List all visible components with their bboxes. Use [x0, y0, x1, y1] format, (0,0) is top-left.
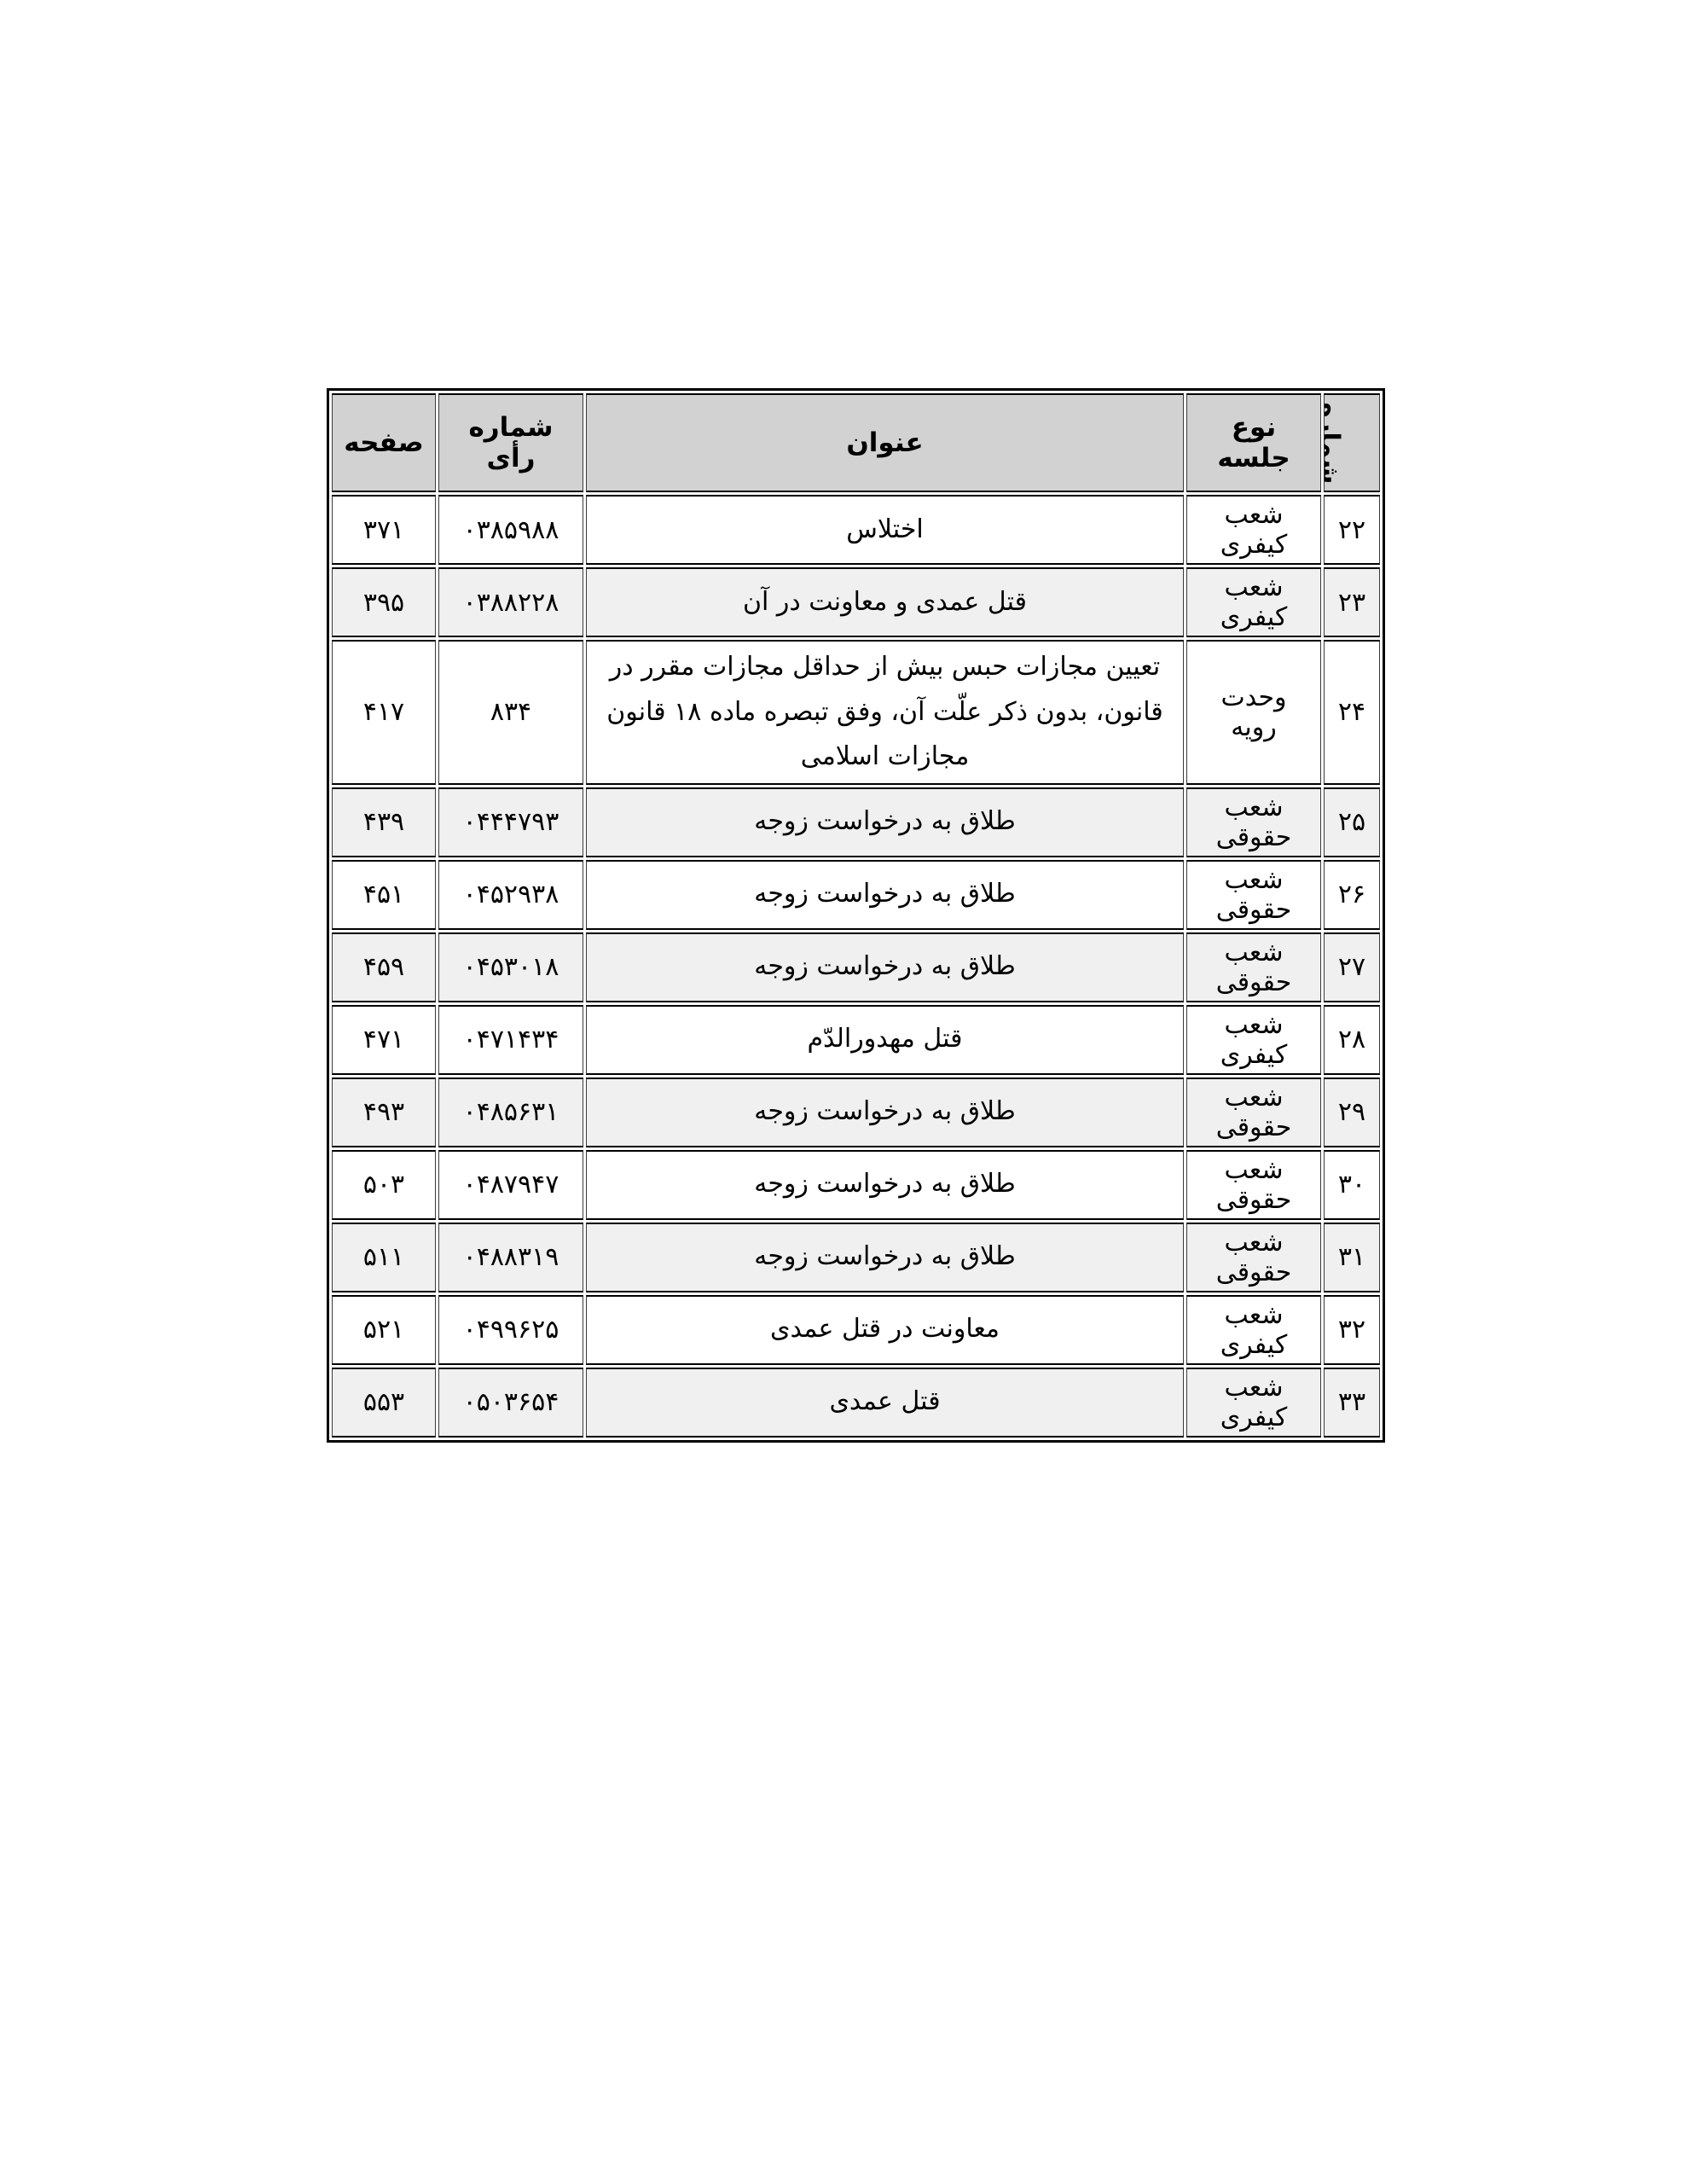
- cell-title: قتل عمدی و معاونت در آن: [586, 567, 1184, 637]
- table-row: ۲۳ شعب کیفری قتل عمدی و معاونت در آن ۰۳۸…: [332, 567, 1380, 637]
- cell-title: معاونت در قتل عمدی: [586, 1295, 1184, 1365]
- cell-verdict-number: ۰۳۸۵۹۸۸: [438, 495, 583, 565]
- verdicts-index-table-container: شماره نوع جلسه عنوان شماره رأی صفحه ۲۲ ش…: [327, 388, 1375, 1443]
- cell-page: ۳۹۵: [332, 567, 436, 637]
- cell-number: ۲۶: [1324, 860, 1380, 930]
- cell-number: ۲۸: [1324, 1005, 1380, 1075]
- table-row: ۲۴ وحدت رویه تعیین مجازات حبس بیش از حدا…: [332, 640, 1380, 785]
- cell-session-type: شعب حقوقی: [1186, 787, 1321, 857]
- cell-title: طلاق به درخواست زوجه: [586, 932, 1184, 1002]
- cell-page: ۵۱۱: [332, 1223, 436, 1292]
- table-row: ۳۳ شعب کیفری قتل عمدی ۰۵۰۳۶۵۴ ۵۵۳: [332, 1368, 1380, 1438]
- header-session-type: نوع جلسه: [1186, 393, 1321, 492]
- header-verdict-number: شماره رأی: [438, 393, 583, 492]
- cell-page: ۴۵۹: [332, 932, 436, 1002]
- cell-verdict-number: ۰۴۴۴۷۹۳: [438, 787, 583, 857]
- cell-page: ۴۷۱: [332, 1005, 436, 1075]
- cell-session-type: شعب حقوقی: [1186, 1077, 1321, 1147]
- cell-number: ۲۲: [1324, 495, 1380, 565]
- cell-session-type: شعب حقوقی: [1186, 860, 1321, 930]
- cell-number: ۲۴: [1324, 640, 1380, 785]
- cell-title: طلاق به درخواست زوجه: [586, 1223, 1184, 1292]
- cell-page: ۳۷۱: [332, 495, 436, 565]
- cell-session-type: شعب حقوقی: [1186, 1223, 1321, 1292]
- table-row: ۳۰ شعب حقوقی طلاق به درخواست زوجه ۰۴۸۷۹۴…: [332, 1150, 1380, 1220]
- cell-title: قتل مهدورالدّم: [586, 1005, 1184, 1075]
- verdicts-index-table: شماره نوع جلسه عنوان شماره رأی صفحه ۲۲ ش…: [327, 388, 1385, 1443]
- cell-page: ۵۰۳: [332, 1150, 436, 1220]
- table-row: ۳۲ شعب کیفری معاونت در قتل عمدی ۰۴۹۹۶۲۵ …: [332, 1295, 1380, 1365]
- cell-title: طلاق به درخواست زوجه: [586, 860, 1184, 930]
- cell-verdict-number: ۰۴۷۱۴۳۴: [438, 1005, 583, 1075]
- cell-number: ۳۳: [1324, 1368, 1380, 1438]
- cell-session-type: شعب حقوقی: [1186, 1150, 1321, 1220]
- header-number-label: شماره: [1324, 403, 1345, 485]
- table-row: ۲۸ شعب کیفری قتل مهدورالدّم ۰۴۷۱۴۳۴ ۴۷۱: [332, 1005, 1380, 1075]
- header-page: صفحه: [332, 393, 436, 492]
- table-header-row: شماره نوع جلسه عنوان شماره رأی صفحه: [332, 393, 1380, 492]
- cell-number: ۳۱: [1324, 1223, 1380, 1292]
- cell-page: ۴۳۹: [332, 787, 436, 857]
- table-row: ۳۱ شعب حقوقی طلاق به درخواست زوجه ۰۴۸۸۳۱…: [332, 1223, 1380, 1292]
- cell-number: ۲۹: [1324, 1077, 1380, 1147]
- cell-verdict-number: ۰۴۸۷۹۴۷: [438, 1150, 583, 1220]
- cell-session-type: شعب کیفری: [1186, 567, 1321, 637]
- cell-session-type: شعب کیفری: [1186, 1368, 1321, 1438]
- table-row: ۲۷ شعب حقوقی طلاق به درخواست زوجه ۰۴۵۳۰۱…: [332, 932, 1380, 1002]
- cell-title: طلاق به درخواست زوجه: [586, 1150, 1184, 1220]
- table-row: ۲۲ شعب کیفری اختلاس ۰۳۸۵۹۸۸ ۳۷۱: [332, 495, 1380, 565]
- table-row: ۲۹ شعب حقوقی طلاق به درخواست زوجه ۰۴۸۵۶۳…: [332, 1077, 1380, 1147]
- cell-title: تعیین مجازات حبس بیش از حداقل مجازات مقر…: [586, 640, 1184, 785]
- cell-number: ۲۵: [1324, 787, 1380, 857]
- cell-verdict-number: ۰۵۰۳۶۵۴: [438, 1368, 583, 1438]
- cell-verdict-number: ۰۴۸۸۳۱۹: [438, 1223, 583, 1292]
- cell-session-type: شعب کیفری: [1186, 1005, 1321, 1075]
- cell-number: ۲۷: [1324, 932, 1380, 1002]
- table-row: ۲۵ شعب حقوقی طلاق به درخواست زوجه ۰۴۴۴۷۹…: [332, 787, 1380, 857]
- header-title: عنوان: [586, 393, 1184, 492]
- table-row: ۲۶ شعب حقوقی طلاق به درخواست زوجه ۰۴۵۲۹۳…: [332, 860, 1380, 930]
- cell-title: قتل عمدی: [586, 1368, 1184, 1438]
- cell-number: ۲۳: [1324, 567, 1380, 637]
- cell-page: ۵۵۳: [332, 1368, 436, 1438]
- cell-number: ۳۰: [1324, 1150, 1380, 1220]
- cell-verdict-number: ۰۴۸۵۶۳۱: [438, 1077, 583, 1147]
- cell-verdict-number: ۰۳۸۸۲۲۸: [438, 567, 583, 637]
- cell-session-type: وحدت رویه: [1186, 640, 1321, 785]
- header-number: شماره: [1324, 393, 1380, 492]
- cell-page: ۵۲۱: [332, 1295, 436, 1365]
- cell-title: طلاق به درخواست زوجه: [586, 1077, 1184, 1147]
- cell-page: ۴۱۷: [332, 640, 436, 785]
- cell-number: ۳۲: [1324, 1295, 1380, 1365]
- cell-page: ۴۹۳: [332, 1077, 436, 1147]
- cell-title: طلاق به درخواست زوجه: [586, 787, 1184, 857]
- cell-title: اختلاس: [586, 495, 1184, 565]
- cell-verdict-number: ۸۳۴: [438, 640, 583, 785]
- cell-session-type: شعب کیفری: [1186, 495, 1321, 565]
- cell-session-type: شعب حقوقی: [1186, 932, 1321, 1002]
- cell-session-type: شعب کیفری: [1186, 1295, 1321, 1365]
- cell-page: ۴۵۱: [332, 860, 436, 930]
- document-page: شماره نوع جلسه عنوان شماره رأی صفحه ۲۲ ش…: [0, 0, 1687, 2184]
- cell-verdict-number: ۰۴۵۲۹۳۸: [438, 860, 583, 930]
- cell-verdict-number: ۰۴۹۹۶۲۵: [438, 1295, 583, 1365]
- cell-verdict-number: ۰۴۵۳۰۱۸: [438, 932, 583, 1002]
